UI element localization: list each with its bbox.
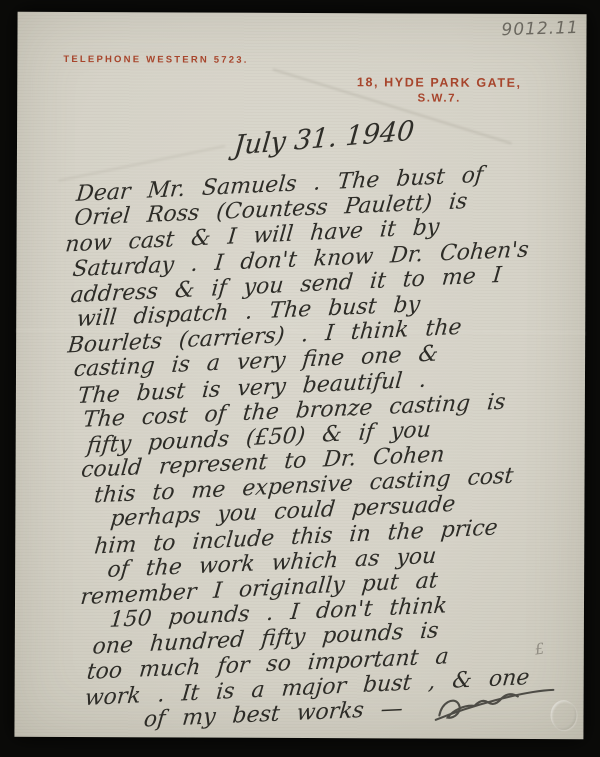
pencil-catalog-number: 9012.11 [501, 18, 579, 40]
letterhead-address-line1: 18, HYDE PARK GATE, [339, 75, 539, 90]
letter-body: Dear Mr. Samuels . The bust of Oriel Ros… [51, 160, 584, 735]
letter-date: July 31. 1940 [208, 113, 440, 163]
letter-paper: TELEPHONE WESTERN 5723. 18, HYDE PARK GA… [14, 12, 586, 739]
letterhead-address-line2: S.W.7. [339, 92, 539, 105]
pencil-margin-mark: £ [534, 639, 546, 658]
embossed-seal [550, 700, 576, 730]
photo-background: TELEPHONE WESTERN 5723. 18, HYDE PARK GA… [0, 0, 600, 757]
letterhead-address: 18, HYDE PARK GATE, S.W.7. [339, 75, 539, 105]
letterhead-telephone: TELEPHONE WESTERN 5723. [63, 54, 248, 66]
